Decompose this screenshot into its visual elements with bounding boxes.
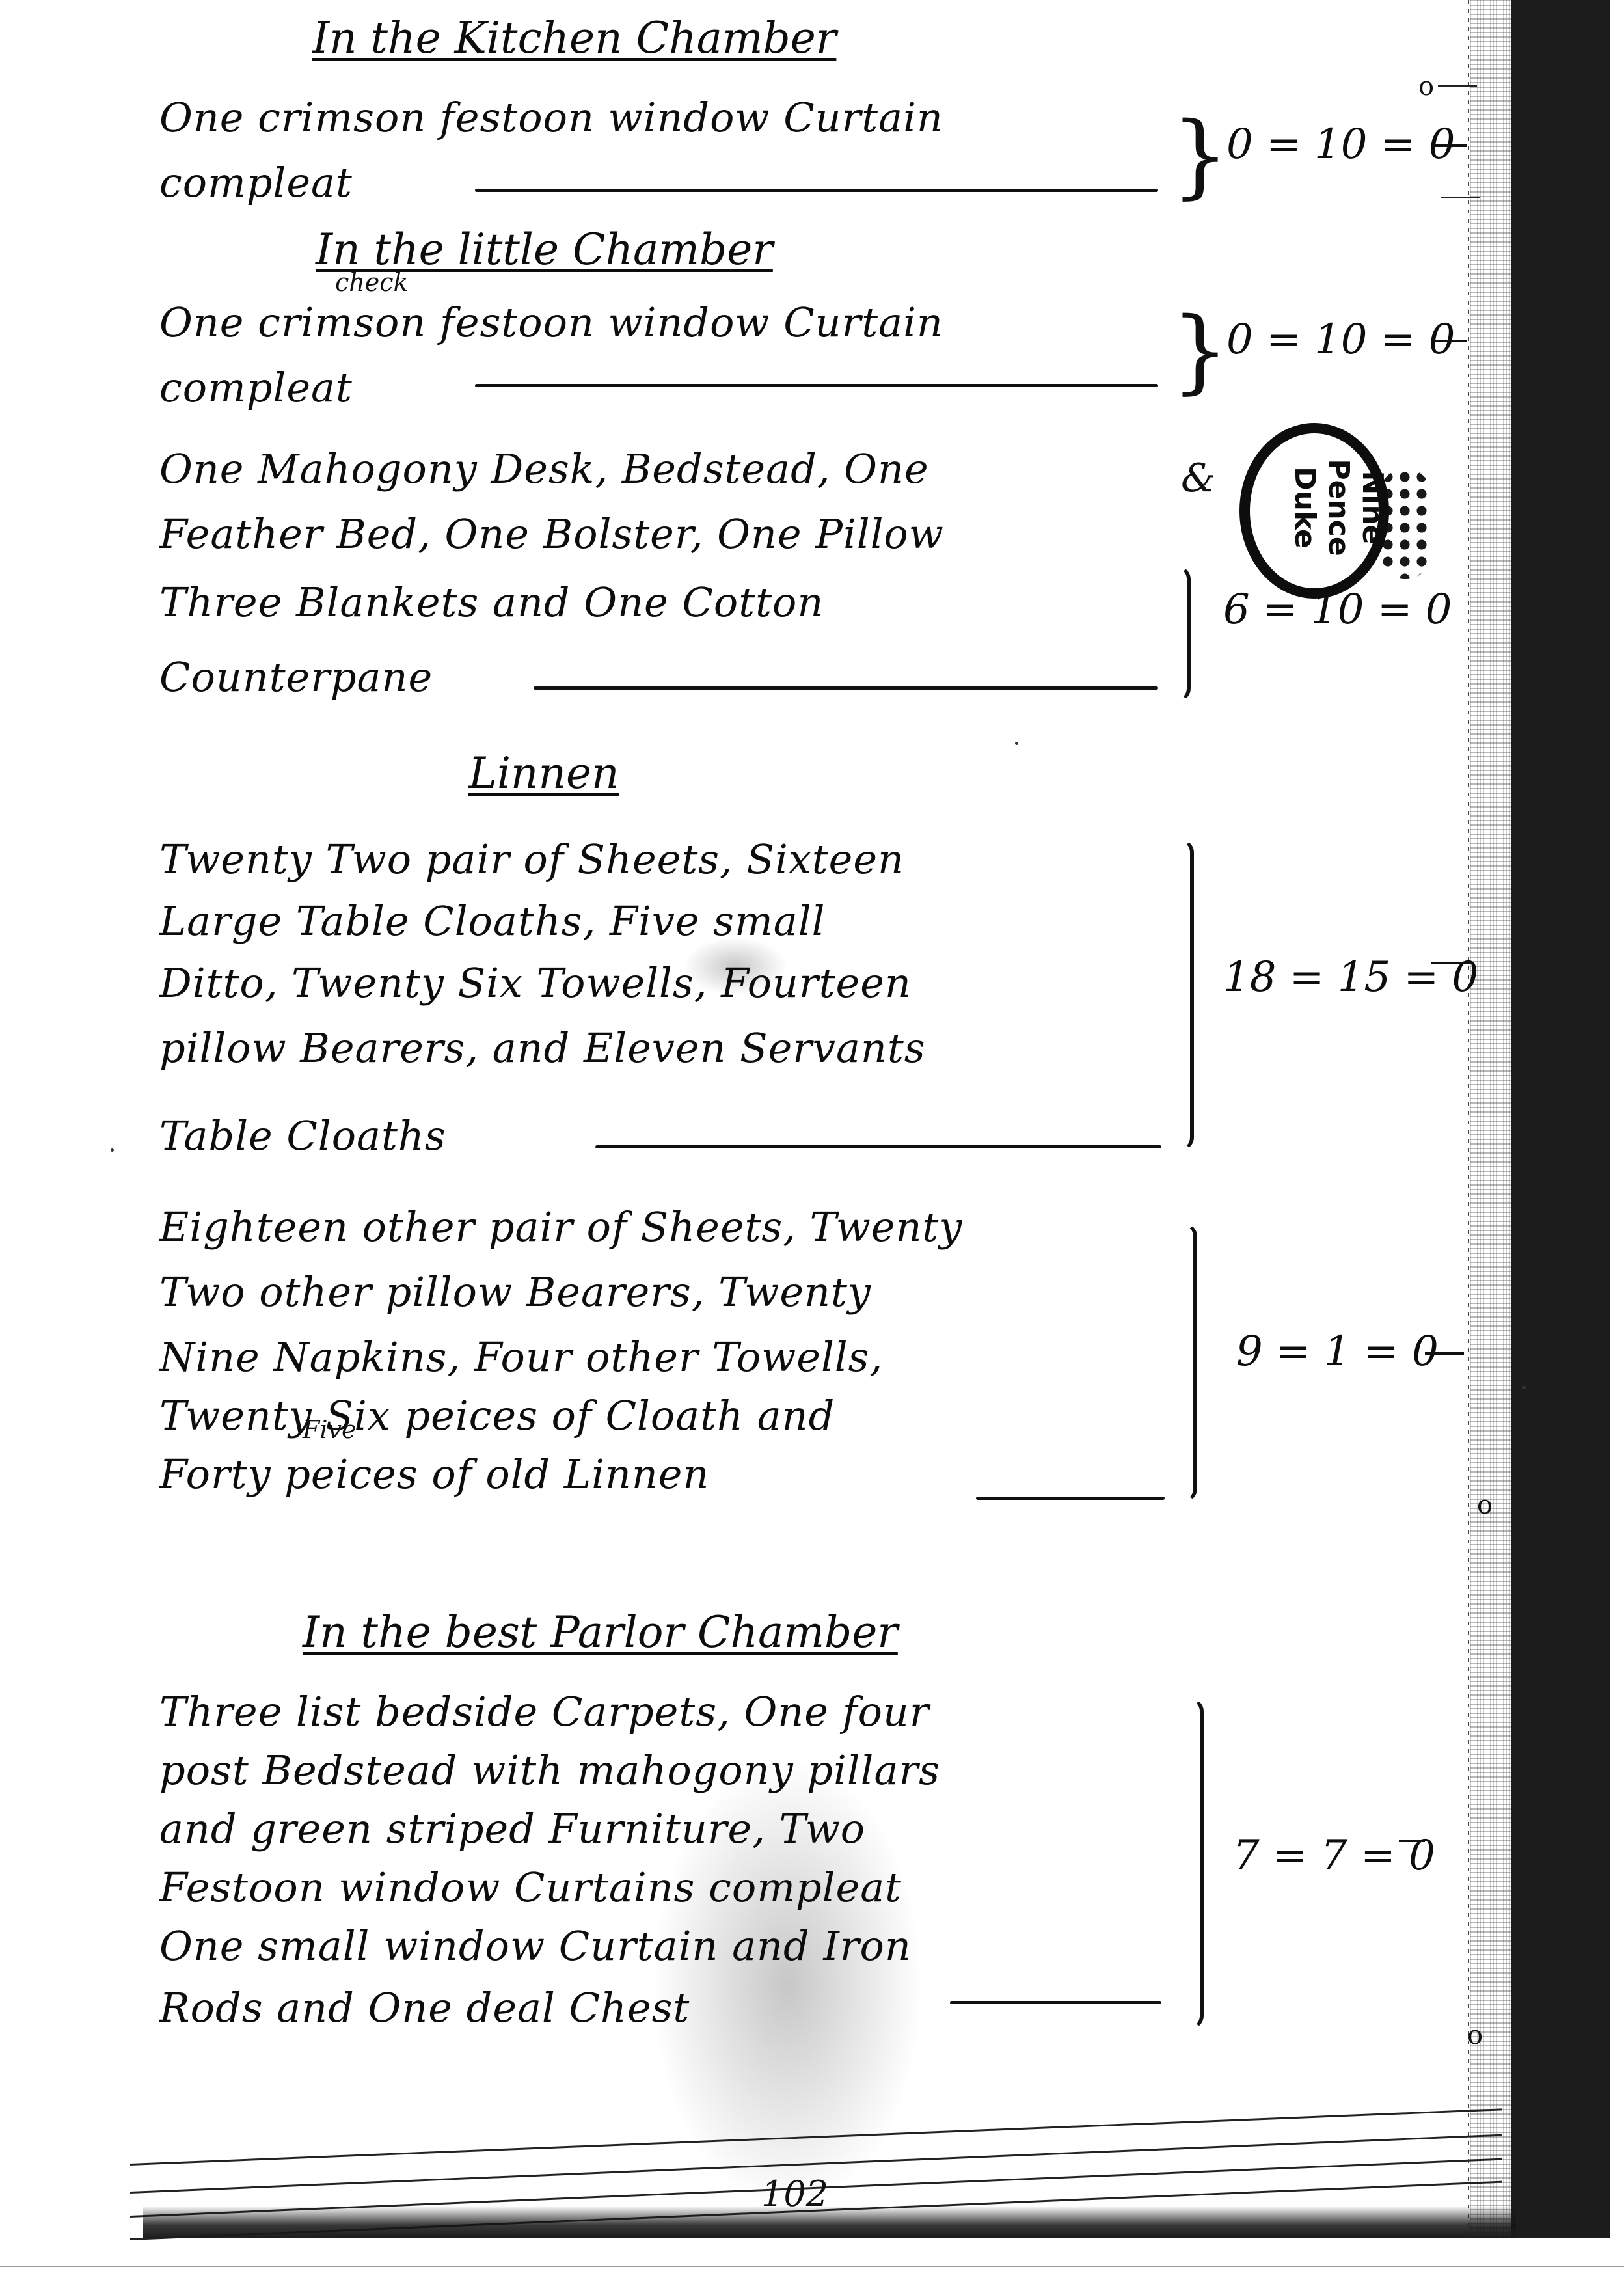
entry-line: Eighteen other pair of Sheets, Twenty <box>159 1207 962 1247</box>
right-margin-rule <box>1468 0 1469 2225</box>
speck <box>1015 742 1018 745</box>
entry-bracket: } <box>1171 306 1229 397</box>
entry-line: Twenty Two pair of Sheets, Sixteen <box>159 839 904 880</box>
scan-edge-speckle <box>1470 0 1516 2238</box>
entry-line: One Mahogony Desk, Bedstead, One <box>159 449 929 489</box>
entry-line: compleat <box>159 368 353 408</box>
margin-circle-mark: o <box>1467 2020 1483 2050</box>
section-heading-kitchen-chamber: In the Kitchen Chamber <box>312 13 836 63</box>
entry-bracket <box>1191 1698 1204 2029</box>
amount-tail <box>1431 144 1467 147</box>
entry-amount: 9 = 1 = 0 <box>1236 1327 1439 1376</box>
amount-tail <box>1431 962 1470 964</box>
tax-stamp: Nine Pence Duke <box>1239 416 1409 612</box>
section-heading-best-parlor-chamber: In the best Parlor Chamber <box>303 1607 898 1657</box>
entry-line: Three Blankets and One Cotton <box>159 582 824 623</box>
interlinear-insert: Five <box>303 1415 356 1444</box>
margin-tick <box>1438 85 1477 87</box>
margin-circle-mark: o <box>1477 1490 1493 1520</box>
manuscript-page: In the Kitchen Chamber One crimson festo… <box>0 0 1624 2282</box>
scan-dark-edge <box>1511 0 1610 2238</box>
entry-bracket <box>1181 839 1194 1150</box>
fill-rule <box>534 686 1158 690</box>
margin-ampersand: & <box>1181 455 1215 501</box>
entry-line: Large Table Cloaths, Five small <box>159 901 825 942</box>
entry-bracket <box>1184 1223 1197 1502</box>
entry-line: One crimson festoon window Curtain <box>159 303 943 343</box>
torn-bottom-edge <box>143 2206 1516 2238</box>
fill-rule <box>595 1145 1161 1148</box>
entry-amount: 0 = 10 = 0 <box>1226 120 1455 169</box>
scan-bottom-line <box>0 2266 1624 2267</box>
margin-tick <box>1441 197 1480 198</box>
entry-line: Ditto, Twenty Six Towells, Fourteen <box>159 963 912 1003</box>
entry-line: One crimson festoon window Curtain <box>159 98 943 138</box>
amount-tail <box>1431 340 1467 342</box>
entry-amount: 0 = 10 = 0 <box>1226 316 1455 364</box>
entry-line: Rods and One deal Chest <box>159 1988 690 2028</box>
entry-amount: 18 = 15 = 0 <box>1223 953 1478 1001</box>
entry-line: Feather Bed, One Bolster, One Pillow <box>159 514 944 554</box>
speck <box>1522 1386 1526 1389</box>
fill-rule <box>950 2001 1161 2004</box>
entry-bracket: } <box>1171 111 1229 202</box>
speck <box>111 1148 114 1152</box>
entry-line: Two other pillow Bearers, Twenty <box>159 1272 871 1312</box>
amount-tail <box>1399 1840 1425 1842</box>
entry-line: Table Cloaths <box>159 1116 446 1156</box>
entry-line: Counterpane <box>159 657 433 698</box>
entry-bracket <box>1178 566 1191 701</box>
crown-icon <box>1379 469 1431 579</box>
section-heading-linnen: Linnen <box>468 748 619 798</box>
entry-line: pillow Bearers, and Eleven Servants <box>159 1028 926 1068</box>
entry-line: compleat <box>159 163 353 203</box>
entry-line: Twenty Six peices of Cloath and <box>159 1396 835 1436</box>
margin-circle-mark: o <box>1418 72 1434 102</box>
fill-rule <box>475 384 1158 387</box>
stamp-text: Nine Pence Duke <box>1259 442 1389 573</box>
entry-line: Three list bedside Carpets, One four <box>159 1692 929 1732</box>
amount-tail <box>1425 1352 1464 1355</box>
interlinear-insert: check <box>335 268 409 297</box>
foxing-smudge <box>651 1757 924 2212</box>
entry-line: Forty peices of old Linnen <box>159 1454 709 1495</box>
ink-smudge <box>683 937 787 996</box>
fill-rule <box>976 1497 1165 1500</box>
fill-rule <box>475 189 1158 192</box>
entry-line: Nine Napkins, Four other Towells, <box>159 1337 883 1378</box>
section-heading-little-chamber: In the little Chamber <box>316 224 773 275</box>
